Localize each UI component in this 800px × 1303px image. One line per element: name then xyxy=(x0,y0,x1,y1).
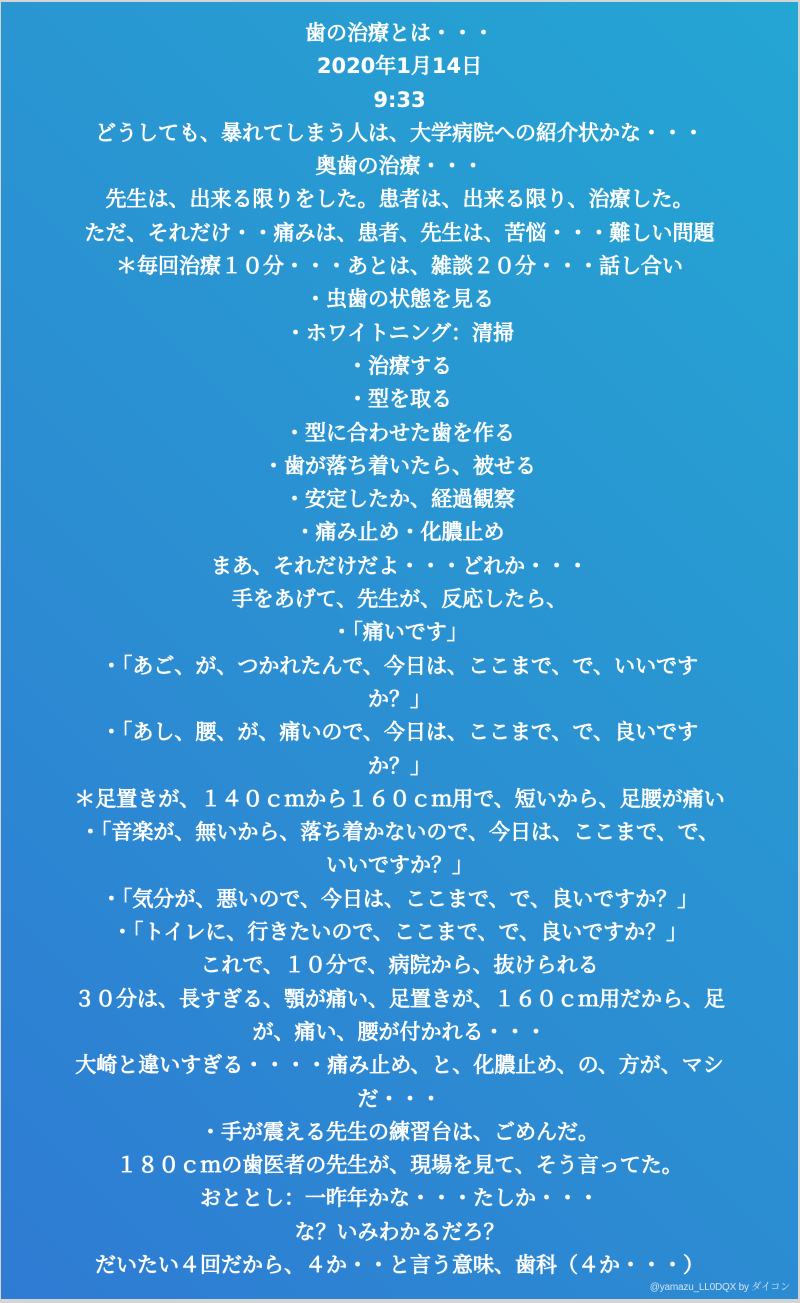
text-line: １８０ｃｍの歯医者の先生が、現場を見て、そう言ってた。 xyxy=(1,1149,798,1182)
quote-line: ・「音楽が、無いから、落ち着かないので、今日は、ここまで、で、 xyxy=(1,816,798,849)
text-line: おととし：一昨年かな・・・たしか・・・ xyxy=(1,1182,798,1215)
text-image-card: 歯の治療とは・・・ 2020年1月14日 9:33 どうしても、暴れてしまう人は… xyxy=(1,2,798,1299)
quote-line-continued: か？」 xyxy=(1,683,798,716)
post-text: 歯の治療とは・・・ 2020年1月14日 9:33 どうしても、暴れてしまう人は… xyxy=(1,17,798,1282)
bullet-line: ・虫歯の状態を見る xyxy=(1,283,798,316)
text-line: まあ、それだけだよ・・・どれか・・・ xyxy=(1,550,798,583)
bullet-line: ・痛み止め・化膿止め xyxy=(1,516,798,549)
date-line: 2020年1月14日 xyxy=(1,50,798,83)
quote-line: ・「気分が、悪いので、今日は、ここまで、で、良いですか？」 xyxy=(1,883,798,916)
text-line: ＊毎回治療１０分・・・あとは、雑談２０分・・・話し合い xyxy=(1,250,798,283)
quote-line-continued: いいですか？」 xyxy=(1,849,798,882)
quote-line: ・「あご、が、つかれたんで、今日は、ここまで、で、いいです xyxy=(1,650,798,683)
text-line: 先生は、出来る限りをした。患者は、出来る限り、治療した。 xyxy=(1,183,798,216)
title-line: 歯の治療とは・・・ xyxy=(1,17,798,50)
bullet-line: ・型に合わせた歯を作る xyxy=(1,417,798,450)
bullet-line: ・手が震える先生の練習台は、ごめんだ。 xyxy=(1,1116,798,1149)
bullet-line: ・型を取る xyxy=(1,383,798,416)
text-line-continued: が、痛い、腰が付かれる・・・ xyxy=(1,1016,798,1049)
bullet-line: ・治療する xyxy=(1,350,798,383)
quote-line: ・「トイレに、行きたいので、ここまで、で、良いですか？」 xyxy=(1,916,798,949)
time-line: 9:33 xyxy=(1,84,798,117)
text-line: ３０分は、長すぎる、顎が痛い、足置きが、１６０ｃｍ用だから、足 xyxy=(1,983,798,1016)
quote-line-continued: か？」 xyxy=(1,750,798,783)
text-line: な？いみわかるだろ？ xyxy=(1,1216,798,1249)
text-line: 大崎と違いすぎる・・・・痛み止め、と、化膿止め、の、方が、マシ xyxy=(1,1049,798,1082)
text-line: 奥歯の治療・・・ xyxy=(1,150,798,183)
bullet-line: ・歯が落ち着いたら、被せる xyxy=(1,450,798,483)
text-line: これで、１０分で、病院から、抜けられる xyxy=(1,949,798,982)
text-line: どうしても、暴れてしまう人は、大学病院への紹介状かな・・・ xyxy=(1,117,798,150)
quote-line: ・「痛いです」 xyxy=(1,616,798,649)
quote-line: ・「あし、腰、が、痛いので、今日は、ここまで、で、良いです xyxy=(1,716,798,749)
note-line: ＊足置きが、１４０ｃｍから１６０ｃｍ用で、短いから、足腰が痛い xyxy=(1,783,798,816)
text-line: ただ、それだけ・・痛みは、患者、先生は、苦悩・・・難しい問題 xyxy=(1,217,798,250)
text-line-continued: だ・・・ xyxy=(1,1083,798,1116)
text-line: 手をあげて、先生が、反応したら、 xyxy=(1,583,798,616)
bullet-line: ・安定したか、経過観察 xyxy=(1,483,798,516)
watermark-credit: @yamazu_LL0DQX by ダイコン xyxy=(650,1278,790,1293)
bullet-line: ・ホワイトニング：清掃 xyxy=(1,317,798,350)
